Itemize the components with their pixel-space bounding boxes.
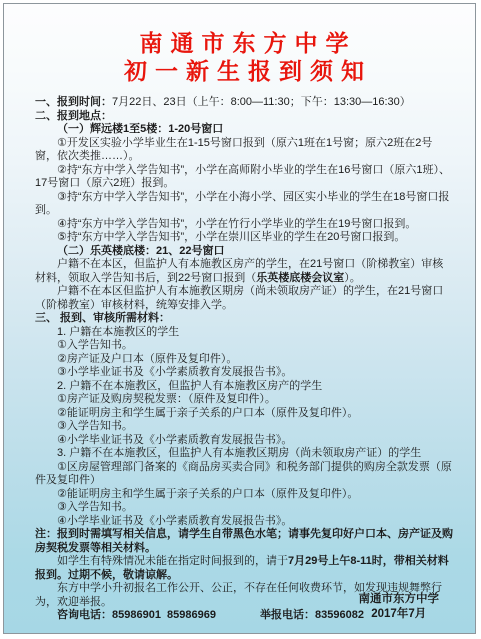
page-title: 南通市东方中学 初一新生报到须知 [35, 29, 453, 85]
paragraph-text-bold: 举报电话：83596082 [260, 609, 364, 621]
paragraph: ④持“东方中学入学告知书”，小学在竹行小学毕业的学生在19号窗口报到。 [35, 218, 453, 232]
paragraph-text-bold: （二）乐英楼底楼：21、22号窗口 [57, 245, 224, 257]
paragraph-text: 户籍不在本区，但监护人有本施教区房产的学生，在21号窗口（阶梯教室）审核材料，领… [35, 258, 443, 284]
paragraph: ①房产证及购房契税发票：（原件及复印件）。 [35, 393, 453, 407]
paragraph: ②能证明房主和学生属于亲子关系的户口本（原件及复印件）。 [35, 488, 453, 502]
paragraph-text: ④持“东方中学入学告知书”，小学在竹行小学毕业的学生在19号窗口报到。 [57, 218, 416, 230]
paragraph: ④小学毕业证书及《小学素质教育发展报告书》。 [35, 515, 453, 529]
paragraph: 如学生有特殊情况未能在指定时间报到的，请于7月29号上午8-11时，带相关材料报… [35, 555, 453, 582]
paragraph: ②房产证及户口本（原件及复印件）。 [35, 353, 453, 367]
paragraph: ③入学告知书。 [35, 501, 453, 515]
paragraph-text: 2. 户籍不在本施教区，但监护人有本施教区房产的学生 [57, 380, 322, 392]
paragraph-text: ）。 [344, 272, 361, 284]
paragraph: 户籍不在本区，但监护人有本施教区房产的学生，在21号窗口（阶梯教室）审核材料，领… [35, 258, 453, 285]
paragraph-text: ②持“东方中学入学告知书”，小学在高师附小毕业的学生在16号窗口（原六1班）、1… [35, 164, 450, 190]
paragraph-text: ②能证明房主和学生属于亲子关系的户口本（原件及复印件）。 [57, 488, 358, 500]
paragraph-text: ③持“东方中学入学告知书”，小学在小海小学、园区实小毕业的学生在18号窗口报到。 [35, 191, 449, 217]
paragraph-text-bold: 二、报到地点： [35, 110, 112, 122]
paragraph: ⑤持“东方中学入学告知书”，小学在崇川区毕业的学生在20号窗口报到。 [35, 231, 453, 245]
paragraph-text-bold: （一）辉远楼1至5楼：1-20号窗口 [57, 123, 223, 135]
paragraph-text [216, 609, 260, 621]
paragraph: 二、报到地点： [35, 110, 453, 124]
signature-name: 南通市东方中学 [359, 592, 440, 607]
paragraph-text: ⑤持“东方中学入学告知书”，小学在崇川区毕业的学生在20号窗口报到。 [57, 231, 405, 243]
paragraph: ④小学毕业证书及《小学素质教育发展报告书》。 [35, 434, 453, 448]
paragraph-text: ④小学毕业证书及《小学素质教育发展报告书》。 [57, 434, 292, 446]
paragraph: ①开发区实验小学毕业生在1-15号窗口报到（原六1班在1号窗；原六2班在2号窗，… [35, 137, 453, 164]
paragraph-text: 1. 户籍在本施教区的学生 [57, 326, 179, 338]
paragraph: （一）辉远楼1至5楼：1-20号窗口 [35, 123, 453, 137]
paragraph: ③入学告知书。 [35, 420, 453, 434]
paragraph-text: ③小学毕业证书及《小学素质教育发展报告书》。 [57, 366, 292, 378]
paragraph: 2. 户籍不在本施教区，但监护人有本施教区房产的学生 [35, 380, 453, 394]
paragraph-text: ④小学毕业证书及《小学素质教育发展报告书》。 [57, 515, 292, 527]
notice-page: 南通市东方中学 初一新生报到须知 一、报到时间：7月22日、23日（上午：8:0… [3, 3, 476, 634]
paragraph-text: ①入学告知书。 [57, 339, 133, 351]
paragraph: 户籍不在本区但监护人有本施教区期房（尚未领取房产证）的学生，在21号窗口（阶梯教… [35, 285, 453, 312]
paragraph-text: ②能证明房主和学生属于亲子关系的户口本（原件及复印件）。 [57, 407, 358, 419]
paragraph-text: 7月22日、23日（上午：8:00—11:30；下午：13:30—16:30） [112, 96, 411, 108]
paragraph: ②持“东方中学入学告知书”，小学在高师附小毕业的学生在16号窗口（原六1班）、1… [35, 164, 453, 191]
paragraph-text-bold: 乐英楼底楼会议室 [256, 272, 344, 284]
signature-date: 2017年7月 [359, 607, 440, 622]
paragraph-text: 户籍不在本区但监护人有本施教区期房（尚未领取房产证）的学生，在21号窗口（阶梯教… [35, 285, 443, 311]
paragraph: 注：报到时需填写相关信息，请学生自带黑色水笔；请事先复印好户口本、房产证及购房契… [35, 528, 453, 555]
paragraph-text-bold: 咨询电话：85986901 85986969 [57, 609, 216, 621]
paragraph-text: 3. 户籍不在本施教区，但监护人有本施教区期房（尚未领取房产证）的学生 [57, 447, 421, 459]
paragraph-text: ②房产证及户口本（原件及复印件）。 [57, 353, 237, 365]
paragraph-text-bold: 三、 报到、审核所需材料： [35, 312, 170, 324]
paragraph: 3. 户籍不在本施教区，但监护人有本施教区期房（尚未领取房产证）的学生 [35, 447, 453, 461]
paragraph-text-bold: 注：报到时需填写相关信息，请学生自带黑色水笔；请事先复印好户口本、房产证及购房契… [35, 528, 453, 554]
paragraph: 1. 户籍在本施教区的学生 [35, 326, 453, 340]
paragraph-text: ①开发区实验小学毕业生在1-15号窗口报到（原六1班在1号窗；原六2班在2号窗，… [35, 137, 432, 163]
paragraph: 三、 报到、审核所需材料： [35, 312, 453, 326]
paragraph: （二）乐英楼底楼：21、22号窗口 [35, 245, 453, 259]
paragraph: ①区房屋管理部门备案的《商品房买卖合同》和税务部门提供的购房全款发票（原件及复印… [35, 461, 453, 488]
notice-screenshot: { "page": { "title": { "line1": "南通市东方中学… [0, 0, 481, 639]
document-body: 一、报到时间：7月22日、23日（上午：8:00—11:30；下午：13:30—… [35, 96, 453, 623]
paragraph-text: ①房产证及购房契税发票：（原件及复印件）。 [57, 393, 276, 405]
paragraph-text-bold: 一、报到时间： [35, 96, 112, 108]
paragraph: 一、报到时间：7月22日、23日（上午：8:00—11:30；下午：13:30—… [35, 96, 453, 110]
paragraph: ①入学告知书。 [35, 339, 453, 353]
paragraph: ②能证明房主和学生属于亲子关系的户口本（原件及复印件）。 [35, 407, 453, 421]
notice-title: 初一新生报到须知 [35, 57, 453, 85]
school-name-title: 南通市东方中学 [35, 29, 453, 57]
signature-block: 南通市东方中学 2017年7月 [359, 592, 440, 622]
paragraph: ③小学毕业证书及《小学素质教育发展报告书》。 [35, 366, 453, 380]
paragraph-text: ③入学告知书。 [57, 501, 133, 513]
paragraph: ③持“东方中学入学告知书”，小学在小海小学、园区实小毕业的学生在18号窗口报到。 [35, 191, 453, 218]
paragraph-text: ③入学告知书。 [57, 420, 133, 432]
paragraph-text: ①区房屋管理部门备案的《商品房买卖合同》和税务部门提供的购房全款发票（原件及复印… [35, 461, 452, 487]
paragraph-text: 如学生有特殊情况未能在指定时间报到的，请于 [57, 555, 288, 567]
